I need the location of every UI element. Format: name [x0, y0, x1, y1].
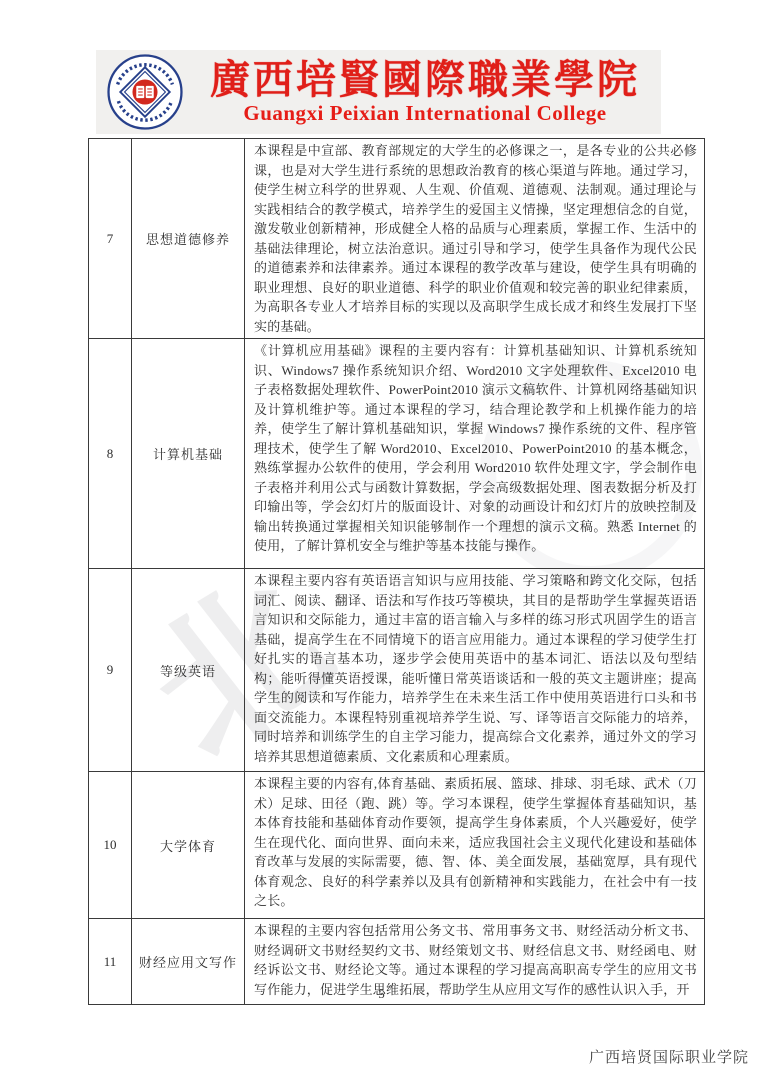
- course-description: 本课程是中宣部、教育部规定的大学生的必修课之一，是各专业的公共必修课，也是对大学…: [245, 139, 705, 339]
- course-number: 8: [89, 339, 132, 569]
- footer-college-name: 广西培贤国际职业学院: [589, 1046, 749, 1067]
- college-titles: 廣西培賢國際職業學院 Guangxi Peixian International…: [189, 60, 661, 124]
- course-description: 本课程主要的内容有,体育基础、素质拓展、篮球、排球、羽毛球、武术（刀术）足球、田…: [245, 772, 705, 919]
- course-description: 本课程主要内容有英语语言知识与应用技能、学习策略和跨文化交际，包括词汇、阅读、翻…: [245, 569, 705, 772]
- table-row: 9 等级英语 本课程主要内容有英语语言知识与应用技能、学习策略和跨文化交际，包括…: [89, 569, 705, 772]
- course-name: 等级英语: [132, 569, 245, 772]
- course-description: 《计算机应用基础》课程的主要内容有：计算机基础知识、计算机系统知识、Window…: [245, 339, 705, 569]
- document-page: 北: [0, 0, 763, 1080]
- table-row: 7 思想道德修养 本课程是中宣部、教育部规定的大学生的必修课之一，是各专业的公共…: [89, 139, 705, 339]
- college-header: 廣西培賢國際職業學院 Guangxi Peixian International…: [96, 50, 661, 134]
- seal-center-disc: [132, 79, 157, 104]
- college-seal-logo: [107, 54, 183, 130]
- table-row: 8 计算机基础 《计算机应用基础》课程的主要内容有：计算机基础知识、计算机系统知…: [89, 339, 705, 569]
- course-number: 9: [89, 569, 132, 772]
- course-table: 7 思想道德修养 本课程是中宣部、教育部规定的大学生的必修课之一，是各专业的公共…: [88, 138, 705, 1005]
- course-name: 思想道德修养: [132, 139, 245, 339]
- course-number: 10: [89, 772, 132, 919]
- course-name: 计算机基础: [132, 339, 245, 569]
- college-name-chinese: 廣西培賢國際職業學院: [189, 60, 661, 100]
- college-name-english: Guangxi Peixian International College: [189, 103, 661, 124]
- course-number: 7: [89, 139, 132, 339]
- table-row: 10 大学体育 本课程主要的内容有,体育基础、素质拓展、篮球、排球、羽毛球、武术…: [89, 772, 705, 919]
- course-name: 大学体育: [132, 772, 245, 919]
- page-number: 5: [88, 986, 675, 1002]
